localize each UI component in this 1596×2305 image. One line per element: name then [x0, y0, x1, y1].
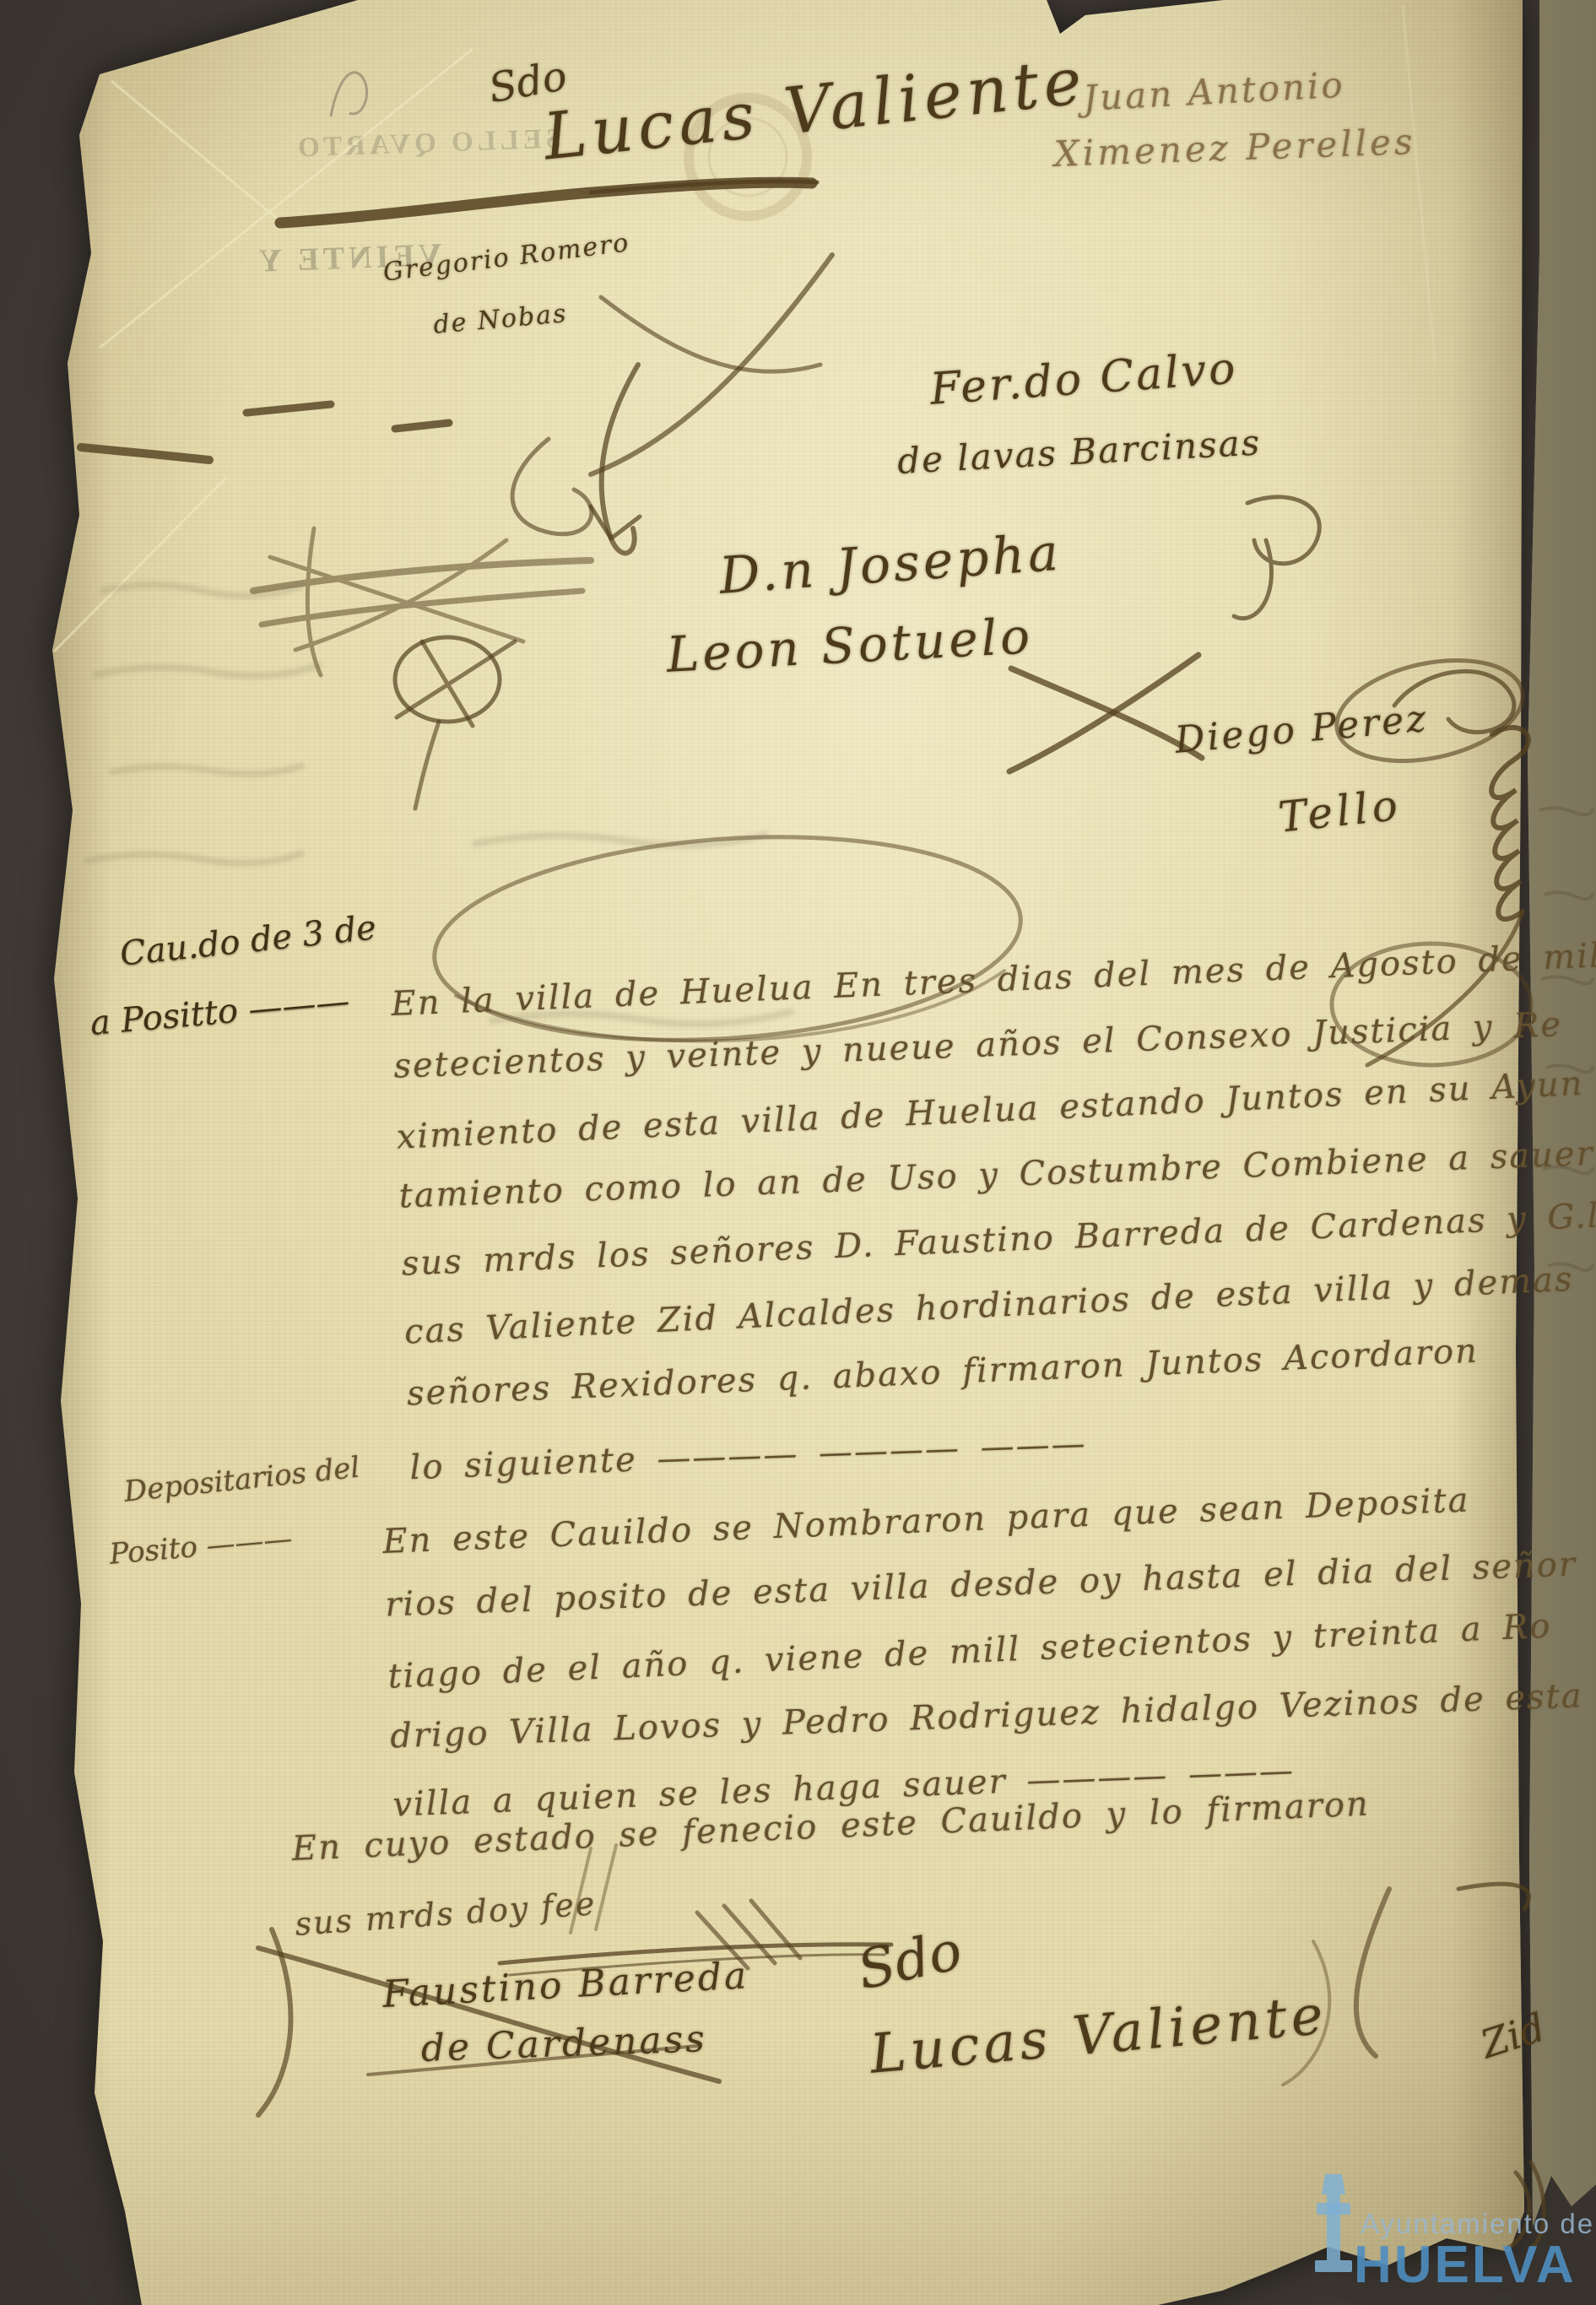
watermark-huelva-text: HUELVA — [1354, 2235, 1577, 2295]
archival-scan: { "colors": { "background": "#433d37", "… — [0, 0, 1596, 2305]
body-paragraph-2: En este Cauildo se Nombraron para que se… — [381, 1460, 1596, 1838]
huelva-tower-icon — [1308, 2166, 1359, 2292]
body-paragraph-1: En la villa de Huelua En tres dias del m… — [390, 922, 1596, 1504]
